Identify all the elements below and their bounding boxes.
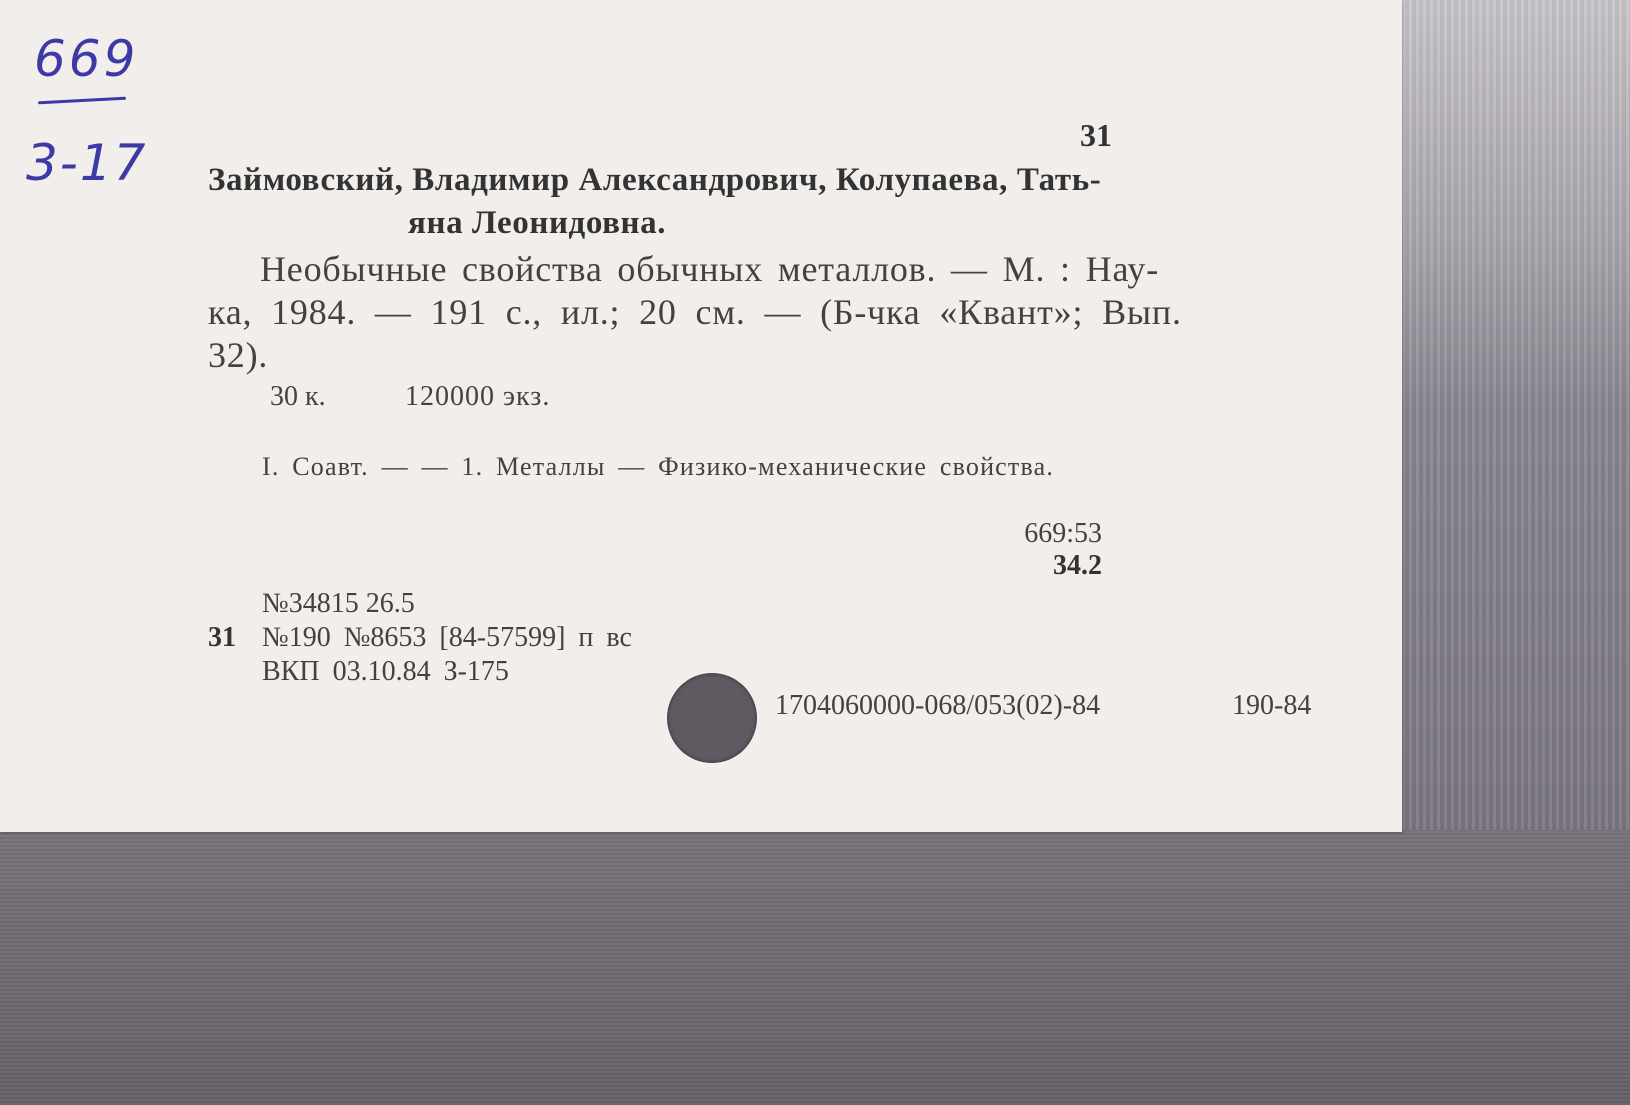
scanner-background-bottom	[0, 830, 1630, 1105]
scanner-background-right	[1395, 0, 1630, 860]
tech-line1: №34815 26.5	[262, 588, 415, 620]
punch-hole	[667, 673, 757, 763]
description-line2: ка, 1984. — 191 с., ил.; 20 см. — (Б-чка…	[208, 291, 1182, 333]
print-run: 120000 экз.	[405, 381, 550, 413]
description-line3: 32).	[208, 334, 268, 376]
catalog-card: 669 3-17 31 Займовский, Владимир Алексан…	[0, 0, 1402, 832]
tech-line2-number: 31	[208, 622, 236, 654]
price: 30 к.	[270, 381, 326, 413]
card-number: 31	[1080, 117, 1112, 154]
authors-heading-line1: Займовский, Владимир Александрович, Колу…	[208, 162, 1101, 199]
publisher-code: 1704060000-068/053(02)-84	[775, 690, 1100, 722]
tech-line3: ВКП 03.10.84 З-175	[262, 656, 509, 688]
description-line1: Необычные свойства обычных металлов. — М…	[260, 248, 1159, 290]
handwritten-classification-bottom: 3-17	[26, 134, 147, 192]
authors-heading-line2: яна Леонидовна.	[408, 205, 666, 242]
bbk-index: 34.2	[1053, 550, 1102, 582]
udc-index: 669:53	[1024, 518, 1102, 550]
handwritten-classification-top: 669	[34, 30, 138, 88]
order-code: 190-84	[1232, 690, 1311, 722]
handwritten-fraction-line	[38, 97, 126, 105]
subject-headings: I. Соавт. — — 1. Металлы — Физико-механи…	[262, 452, 1054, 482]
tech-line2: №190 №8653 [84-57599] п вс	[262, 622, 632, 654]
